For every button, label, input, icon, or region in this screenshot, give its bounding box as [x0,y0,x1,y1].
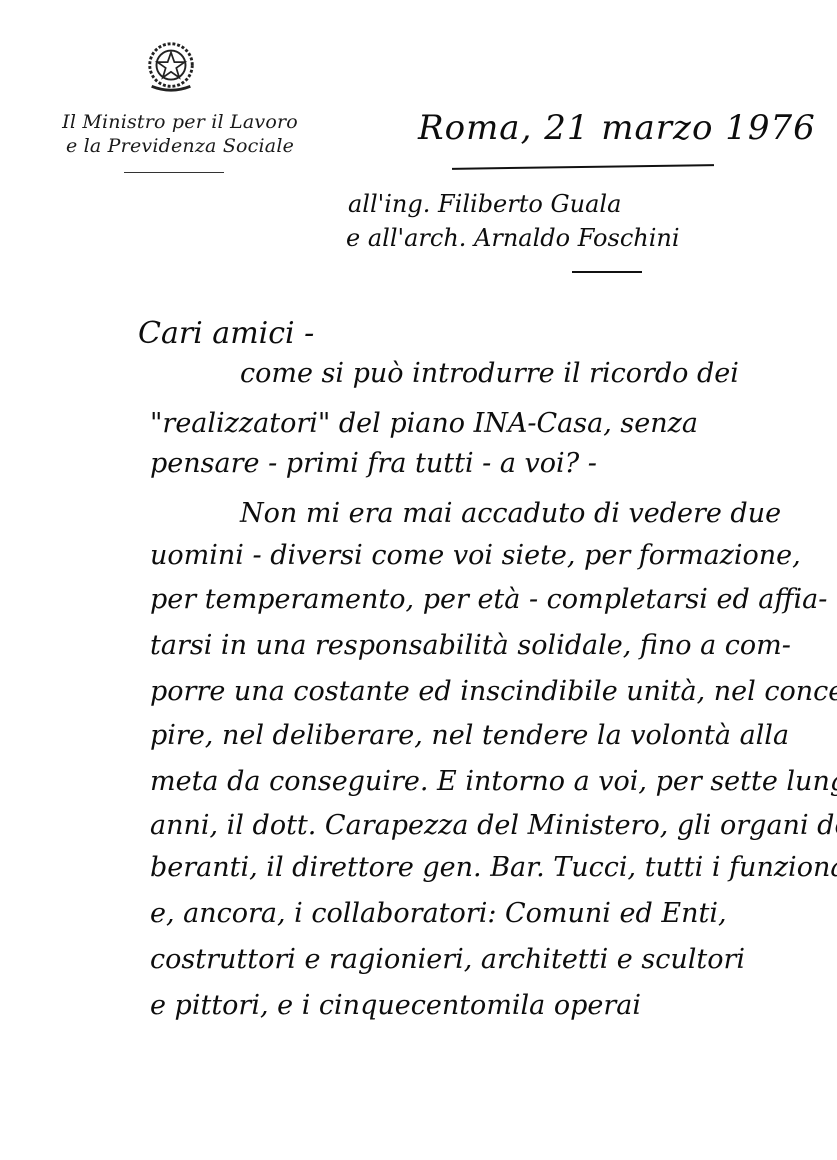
addressee-2: e all'arch. Arnaldo Foschini [346,224,680,252]
body-line: come si può introdurre il ricordo dei [240,358,739,389]
body-line: per temperamento, per età - completarsi … [150,584,827,615]
salutation: Cari amici - [138,316,314,351]
body-line: "realizzatori" del piano INA-Casa, senza [150,408,698,439]
emblem-of-italy-icon [142,38,200,96]
date-line: Roma, 21 marzo 1976 [418,108,816,148]
body-line: e, ancora, i collaboratori: Comuni ed En… [150,898,727,929]
letterhead-line-2: e la Previdenza Sociale [40,134,320,158]
letterhead-divider [124,172,224,173]
body-line: pire, nel deliberare, nel tendere la vol… [150,720,789,751]
body-line: e pittori, e i cinquecentomila operai [150,990,641,1021]
addressee-1: all'ing. Filiberto Guala [348,190,621,218]
body-line: uomini - diversi come voi siete, per for… [150,540,801,571]
body-line: anni, il dott. Carapezza del Ministero, … [150,810,837,841]
letter-page: Il Ministro per il Lavoro e la Previdenz… [0,0,837,1160]
body-line: beranti, il direttore gen. Bar. Tucci, t… [150,852,837,883]
body-line: porre una costante ed inscindibile unità… [150,676,837,707]
letterhead-line-1: Il Ministro per il Lavoro [40,110,320,134]
body-line: meta da conseguire. E intorno a voi, per… [150,766,837,797]
body-line: pensare - primi fra tutti - a voi? - [150,448,597,479]
letterhead: Il Ministro per il Lavoro e la Previdenz… [40,110,320,158]
body-line: Non mi era mai accaduto di vedere due [240,498,781,529]
body-line: costruttori e ragionieri, architetti e s… [150,944,745,975]
addressee-divider [572,271,642,273]
body-line: tarsi in una responsabilità solidale, fi… [150,630,791,661]
date-underline [452,164,714,170]
